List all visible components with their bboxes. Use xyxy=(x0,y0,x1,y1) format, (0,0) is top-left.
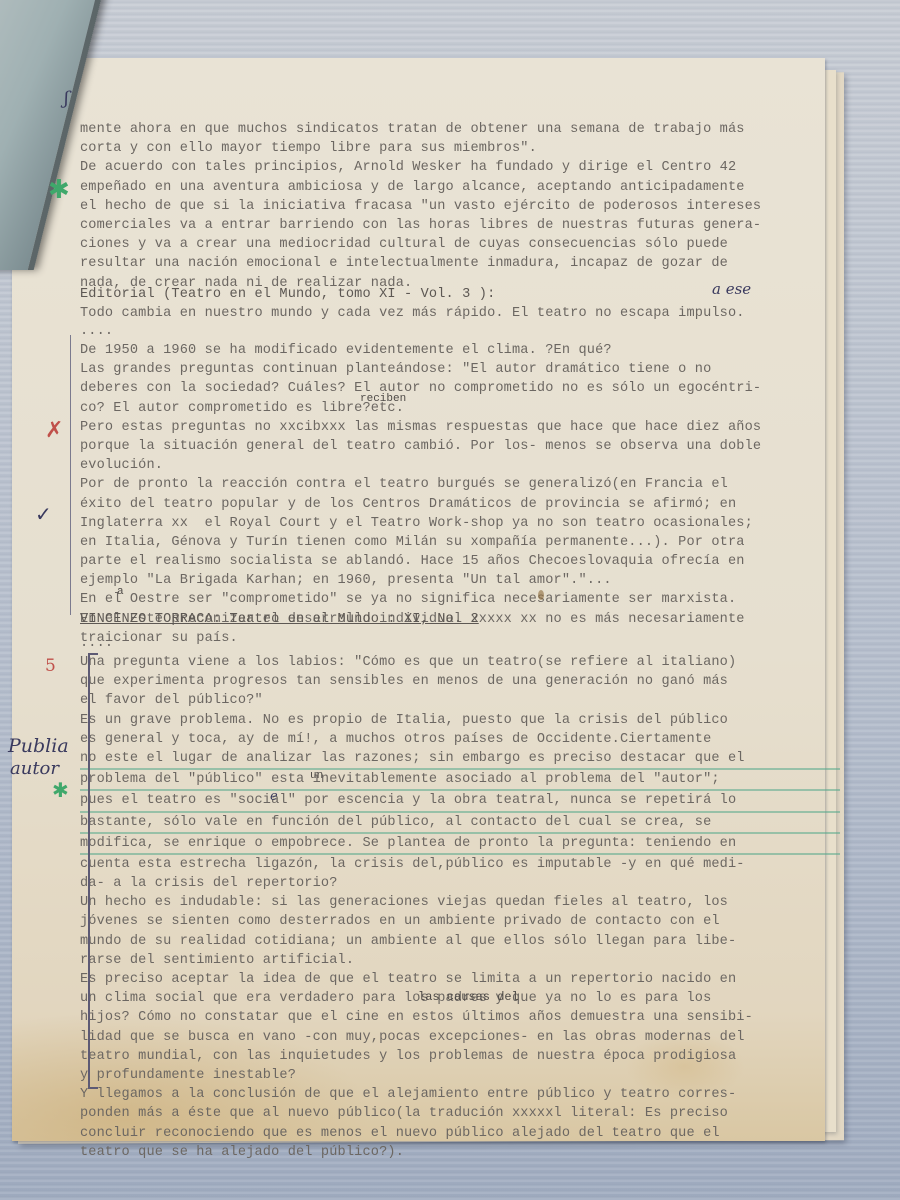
margin-bracket-torraca xyxy=(88,653,98,1089)
text-line: en Italia, Génova y Turín tienen como Mi… xyxy=(80,533,840,552)
margin-note-autor: autor xyxy=(10,758,59,779)
text-line: parte el realismo socialista se ablandó.… xyxy=(80,552,840,571)
handwritten-insert-reciben: reciben xyxy=(360,393,406,405)
text-line: jóvenes se sienten como desterrados en u… xyxy=(80,912,840,931)
handwritten-a-ese: a ese xyxy=(712,280,751,298)
ink-spot xyxy=(538,590,544,600)
text-line: mundo de su realidad cotidiana; un ambie… xyxy=(80,932,840,951)
text-line: Es preciso aceptar la idea de que el tea… xyxy=(80,970,840,989)
torraca-paragraph: Una pregunta viene a los labios: "Cómo e… xyxy=(80,653,840,1162)
text-line: bastante, sólo vale en función del públi… xyxy=(80,813,840,834)
check-mark: ✓ xyxy=(35,502,52,526)
editorial-ellipsis: .... xyxy=(80,322,840,341)
text-line: De 1950 a 1960 se ha modificado evidente… xyxy=(80,341,840,360)
margin-note-publico: Publia xyxy=(8,735,69,757)
text-line: Una pregunta viene a los labios: "Cómo e… xyxy=(80,653,840,672)
text-line: rarse del sentimiento artificial. xyxy=(80,951,840,970)
text-line: resultar una nación emocional e intelect… xyxy=(80,254,840,273)
text-line: evolución. xyxy=(80,456,840,475)
insert-las-causas-del: las causas del xyxy=(418,990,519,1004)
text-line: lidad que se busca en vano -con muy,poca… xyxy=(80,1028,840,1047)
text-line: concluir reconociendo que es menos el nu… xyxy=(80,1124,840,1143)
red-x-mark: ✗ xyxy=(45,418,63,443)
text-line: Pero estas preguntas no xxcibxxx las mis… xyxy=(80,418,840,437)
text-line: En el Oestre ser "comprometido" se ya no… xyxy=(80,590,840,609)
editorial-line: Todo cambia en nuestro mundo y cada vez … xyxy=(80,304,840,323)
text-line: Y llegamos a la conclusión de que el ale… xyxy=(80,1085,840,1104)
text-line: el favor del público?" xyxy=(80,691,840,710)
text-line: empeñado en una aventura ambiciosa y de … xyxy=(80,178,840,197)
margin-number: 5 xyxy=(45,656,56,676)
text-line: el hecho de que si la iniciativa fracasa… xyxy=(80,197,840,216)
editorial-paragraph: De 1950 a 1960 se ha modificado evidente… xyxy=(80,341,840,648)
torraca-ellipsis: .... xyxy=(80,634,840,653)
text-line: y profundamente inestable? xyxy=(80,1066,840,1085)
insert-un: un xyxy=(310,770,323,782)
text-line: es general y toca, ay de mí!, a muchos o… xyxy=(80,730,840,749)
text-line: Por de pronto la reacción contra el teat… xyxy=(80,475,840,494)
text-line: mente ahora en que muchos sindicatos tra… xyxy=(80,120,840,139)
text-line: co? El autor comprometido es libre?etc. xyxy=(80,399,840,418)
green-star-mark: ✱ xyxy=(52,778,69,802)
text-line: pues el teatro es "social" por escencia … xyxy=(80,791,840,812)
text-line: ciones y va a crear una mediocridad cult… xyxy=(80,235,840,254)
text-line: Es un grave problema. No es propio de It… xyxy=(80,711,840,730)
text-line: Un hecho es indudable: si las generacion… xyxy=(80,893,840,912)
text-line: teatro mundial, con las inquietudes y lo… xyxy=(80,1047,840,1066)
text-line: ponden más a éste que al nuevo público(l… xyxy=(80,1104,840,1123)
text-line: Las grandes preguntas continuan planteán… xyxy=(80,360,840,379)
text-line: cuenta esta estrecha ligazón, la crisis … xyxy=(80,855,840,874)
text-line: no este el lugar de analizar las razones… xyxy=(80,749,840,770)
torraca-heading: VINCENZO TORRACA: Teatro en el Mundo : X… xyxy=(80,610,840,629)
text-line: corta y con ello mayor tiempo libre para… xyxy=(80,139,840,158)
text-line: ejemplo "La Brigada Karhan; en 1960, pre… xyxy=(80,571,840,590)
insert-a: a xyxy=(117,586,124,598)
text-line: comerciales va a entrar barriendo con la… xyxy=(80,216,840,235)
insert-e: e xyxy=(270,789,278,804)
text-line: éxito del teatro popular y de los Centro… xyxy=(80,495,840,514)
text-line: hijos? Cómo no constatar que el cine en … xyxy=(80,1008,840,1027)
text-line: teatro que se ha alejado del público?). xyxy=(80,1143,840,1162)
intro-paragraph: mente ahora en que muchos sindicatos tra… xyxy=(80,120,840,293)
text-line: deberes con la sociedad? Cuáles? El auto… xyxy=(80,379,840,398)
margin-bracket-editorial xyxy=(70,335,71,615)
text-line: porque la situación general del teatro c… xyxy=(80,437,840,456)
green-asterisk-mark: ✱ xyxy=(48,175,70,205)
text-line: que experimenta progresos tan sensibles … xyxy=(80,672,840,691)
text-line: modifica, se enrique o empobrece. Se pla… xyxy=(80,834,840,855)
text-line: De acuerdo con tales principios, Arnold … xyxy=(80,158,840,177)
text-line: problema del "público" esta inevitableme… xyxy=(80,770,840,791)
text-line: Inglaterra xx el Royal Court y el Teatro… xyxy=(80,514,840,533)
margin-mark-top: ʃ xyxy=(64,88,69,109)
text-line: da- a la crisis del repertorio? xyxy=(80,874,840,893)
